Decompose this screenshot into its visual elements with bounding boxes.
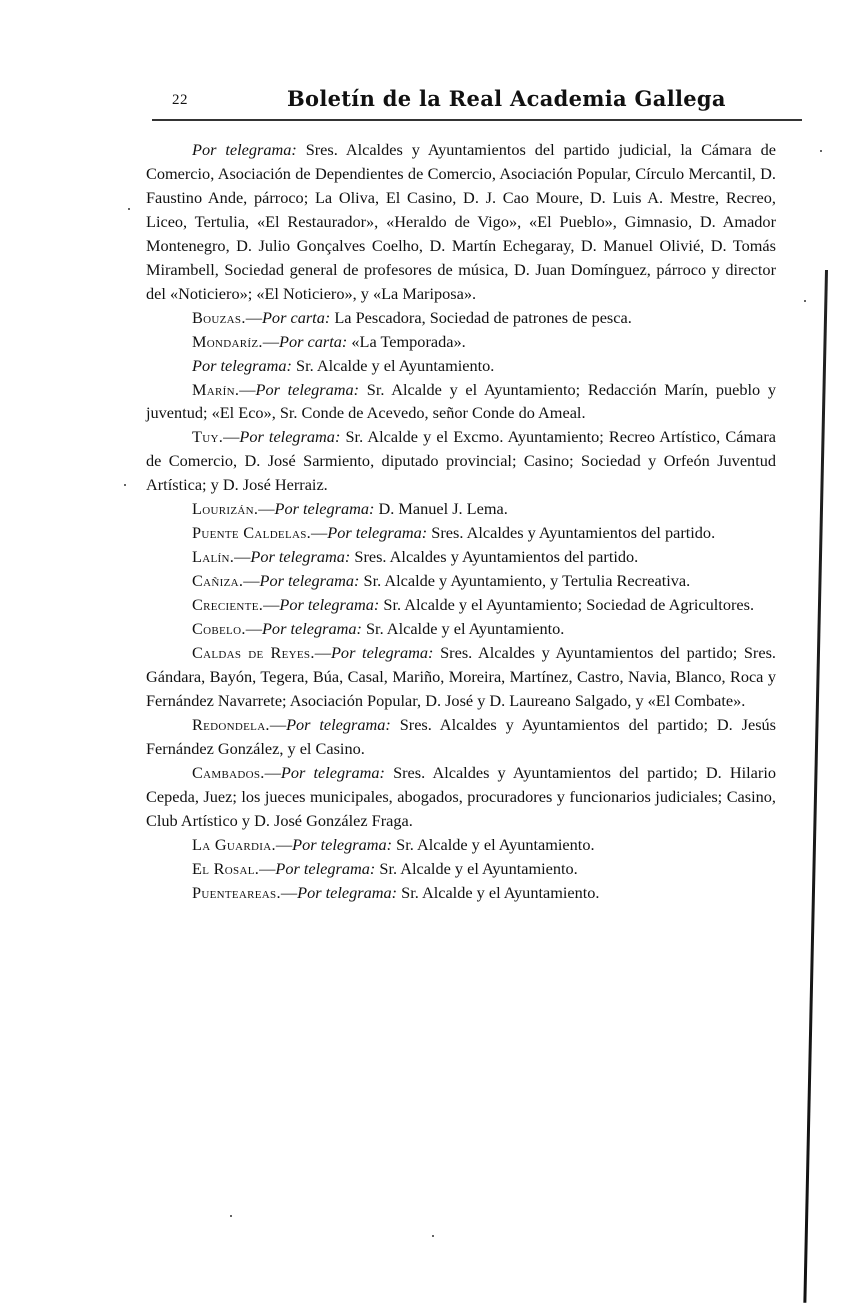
entry-paragraph: Creciente.—Por telegrama: Sr. Alcalde y …: [146, 593, 776, 617]
entry-paragraph: Puente Caldelas.—Por telegrama: Sres. Al…: [146, 521, 776, 545]
place-name: Lourizán.: [192, 499, 258, 518]
entry-paragraph: Mondaríz.—Por carta: «La Temporada».: [146, 330, 776, 354]
scan-speck: [124, 484, 126, 486]
place-name: Tuy.: [192, 427, 223, 446]
scan-speck: [230, 1215, 232, 1217]
entry-paragraph: Por telegrama: Sr. Alcalde y el Ayuntami…: [146, 354, 776, 378]
entry-paragraph: La Guardia.—Por telegrama: Sr. Alcalde y…: [146, 833, 776, 857]
scan-speck: [820, 150, 822, 152]
running-header: 22 Boletín de la Real Academia Gallega: [152, 86, 802, 120]
place-name: Redondela.: [192, 715, 270, 734]
scan-speck: [804, 300, 806, 302]
running-title: Boletín de la Real Academia Gallega: [287, 86, 726, 111]
scan-speck: [128, 208, 130, 210]
entry-paragraph: Caldas de Reyes.—Por telegrama: Sres. Al…: [146, 641, 776, 713]
entry-paragraph: Redondela.—Por telegrama: Sres. Alcaldes…: [146, 713, 776, 761]
place-name: Puente Caldelas.: [192, 523, 311, 542]
entry-paragraph: Marín.—Por telegrama: Sr. Alcalde y el A…: [146, 378, 776, 426]
place-name: Cañiza.: [192, 571, 243, 590]
place-name: Puenteareas.: [192, 883, 281, 902]
entry-paragraph: Puenteareas.—Por telegrama: Sr. Alcalde …: [146, 881, 776, 905]
entry-paragraph: Bouzas.—Por carta: La Pescadora, Socieda…: [146, 306, 776, 330]
place-name: Mondaríz.: [192, 332, 263, 351]
place-name: Bouzas.: [192, 308, 246, 327]
place-name: Cobelo.: [192, 619, 246, 638]
header-rule: [152, 119, 802, 121]
place-name: Creciente.: [192, 595, 263, 614]
entry-paragraph: Cambados.—Por telegrama: Sres. Alcaldes …: [146, 761, 776, 833]
page-number: 22: [172, 92, 188, 109]
entry-paragraph: Por telegrama: Sres. Alcaldes y Ayuntami…: [146, 138, 776, 306]
scan-speck: [432, 1235, 434, 1237]
place-name: Marín.: [192, 380, 239, 399]
page-body: Por telegrama: Sres. Alcaldes y Ayuntami…: [146, 138, 776, 905]
place-name: Lalín.: [192, 547, 234, 566]
place-name: Caldas de Reyes.: [192, 643, 315, 662]
entry-paragraph: Lourizán.—Por telegrama: D. Manuel J. Le…: [146, 497, 776, 521]
entry-paragraph: Cañiza.—Por telegrama: Sr. Alcalde y Ayu…: [146, 569, 776, 593]
entry-paragraph: El Rosal.—Por telegrama: Sr. Alcalde y e…: [146, 857, 776, 881]
place-name: Cambados.: [192, 763, 265, 782]
entry-paragraph: Tuy.—Por telegrama: Sr. Alcalde y el Exc…: [146, 425, 776, 497]
entry-paragraph: Lalín.—Por telegrama: Sres. Alcaldes y A…: [146, 545, 776, 569]
entry-paragraph: Cobelo.—Por telegrama: Sr. Alcalde y el …: [146, 617, 776, 641]
place-name: El Rosal.: [192, 859, 259, 878]
place-name: La Guardia.: [192, 835, 276, 854]
page-binding-edge: [803, 270, 828, 1303]
